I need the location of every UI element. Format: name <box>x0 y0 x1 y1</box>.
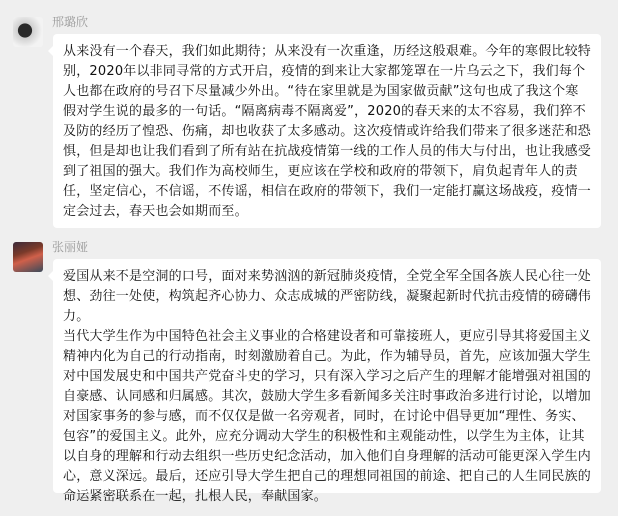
message-text: 当代大学生作为中国特色社会主义事业的合格建设者和可靠接班人，更应引导其将爱国主义… <box>63 327 591 507</box>
avatar[interactable] <box>13 242 43 272</box>
message-bubble[interactable]: 从来没有一个春天，我们如此期待；从来没有一次重逢，历经这般艰难。今年的寒假比较特… <box>53 34 601 228</box>
sender-name: 邢璐欣 <box>52 13 88 30</box>
avatar[interactable] <box>13 17 43 47</box>
message-bubble[interactable]: 爱国从来不是空洞的口号，面对来势汹汹的新冠肺炎疫情，全党全军全国各族人民心往一处… <box>53 259 601 493</box>
message-text: 从来没有一个春天，我们如此期待；从来没有一次重逢，历经这般艰难。今年的寒假比较特… <box>63 42 591 222</box>
message-text: 爱国从来不是空洞的口号，面对来势汹汹的新冠肺炎疫情，全党全军全国各族人民心往一处… <box>63 267 591 327</box>
sender-name: 张丽娅 <box>52 238 88 255</box>
